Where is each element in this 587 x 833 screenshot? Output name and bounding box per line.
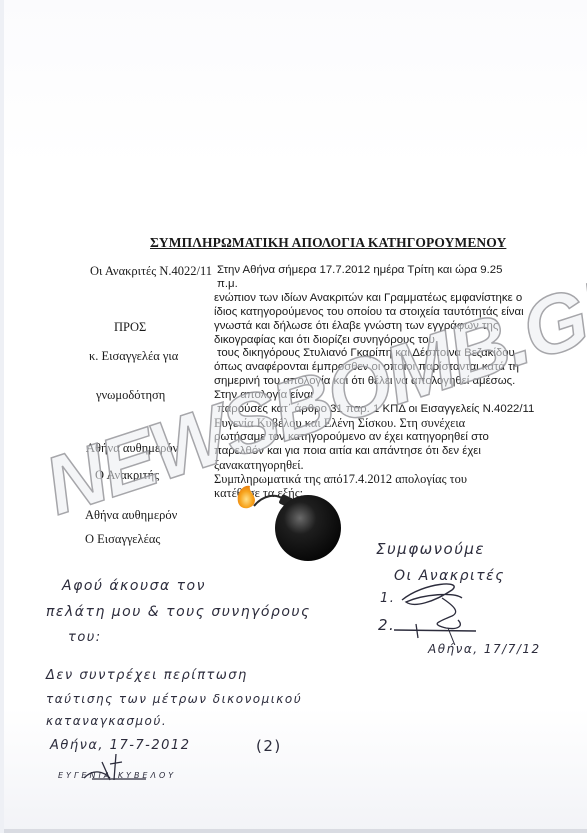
body-line: ρωτήσαμε τον κατηγορούμενο αν έχει κατηγ… bbox=[214, 431, 544, 445]
body-line: Στην απολογία είναι bbox=[214, 389, 544, 403]
to-label: ΠΡΟΣ bbox=[114, 320, 146, 335]
body-line: τους δικηγόρους Στυλιανό Γκαρίπη και Δέσ… bbox=[214, 347, 544, 361]
handwritten-decision-line-2: ταύτισης των μέτρων δικονομικού bbox=[46, 692, 302, 706]
handwritten-note-line-3: του: bbox=[68, 630, 102, 645]
handwritten-agreement: Συμφωνούμε bbox=[376, 540, 485, 558]
body-line: σημερινή του απολογία και ότι θέλει να α… bbox=[214, 375, 544, 389]
body-line: ενώπιον των ιδίων Ανακριτών και Γραμματέ… bbox=[214, 292, 544, 306]
page-edge bbox=[4, 829, 587, 833]
place-date-label-2: Αθήνα αυθημερόν bbox=[85, 508, 177, 523]
body-line: Ευγενία Κυβέλου και Ελένη Σίσκου. Στη συ… bbox=[214, 417, 544, 431]
recipient-label: κ. Εισαγγελέα για bbox=[89, 349, 178, 364]
body-line: δικογραφίας και ότι διορίζει συνηγόρους … bbox=[214, 334, 544, 348]
investigator-signatures bbox=[394, 580, 504, 645]
page-number: (2) bbox=[256, 737, 282, 755]
body-line: γνωστά και δήλωσε ότι έλαβε γνώστη των ε… bbox=[214, 320, 544, 334]
signer-prosecutor: Ο Εισαγγελέας bbox=[85, 532, 160, 547]
signer-investigator: Ο Ανακριτής bbox=[95, 468, 159, 483]
bomb-icon bbox=[232, 482, 352, 562]
case-reference: Οι Ανακριτές Ν.4022/11 bbox=[90, 264, 212, 279]
body-line: παρούσες κατ΄ άρθρο 31 παρ. 1 ΚΠΔ οι Εισ… bbox=[214, 403, 544, 417]
purpose-label: γνωμοδότηση bbox=[96, 388, 165, 403]
document-title: ΣΥΜΠΛΗΡΩΜΑΤΙΚΗ ΑΠΟΛΟΓΙΑ ΚΑΤΗΓΟΡΟΥΜΕΝΟΥ bbox=[150, 235, 480, 251]
statement-body: Στην Αθήνα σήμερα 17.7.2012 ημέρα Τρίτη … bbox=[214, 264, 544, 500]
handwritten-item-2: 2. bbox=[378, 616, 395, 634]
prosecutor-signature bbox=[80, 752, 150, 786]
body-line: όπως αναφέρονται έμπροσθεν οι οποίοι παρ… bbox=[214, 361, 544, 375]
handwritten-note-line-2: πελάτη μου & τους συνηγόρους bbox=[46, 604, 311, 620]
handwritten-decision-line-1: Δεν συντρέχει περίπτωση bbox=[46, 668, 248, 683]
body-line: παρελθόν και για ποια αιτία και απάντησε… bbox=[214, 445, 544, 459]
body-line: ίδιος κατηγορούμενος του οποίου τα στοιχ… bbox=[214, 306, 544, 320]
handwritten-decision-line-3: καταναγκασμού. bbox=[46, 714, 167, 728]
body-line: ξανακατηγορηθεί. bbox=[214, 459, 544, 473]
body-line: π.μ. bbox=[214, 278, 544, 292]
handwritten-place-date-left: Αθήνα, 17-7-2012 bbox=[50, 738, 190, 753]
place-date-label-1: Αθήνα αυθημερόν bbox=[86, 441, 178, 456]
handwritten-note-line-1: Αφού άκουσα τον bbox=[62, 578, 206, 594]
document-page: ΣΥΜΠΛΗΡΩΜΑΤΙΚΗ ΑΠΟΛΟΓΙΑ ΚΑΤΗΓΟΡΟΥΜΕΝΟΥ Ο… bbox=[0, 0, 587, 833]
body-line: Στην Αθήνα σήμερα 17.7.2012 ημέρα Τρίτη … bbox=[214, 264, 544, 278]
